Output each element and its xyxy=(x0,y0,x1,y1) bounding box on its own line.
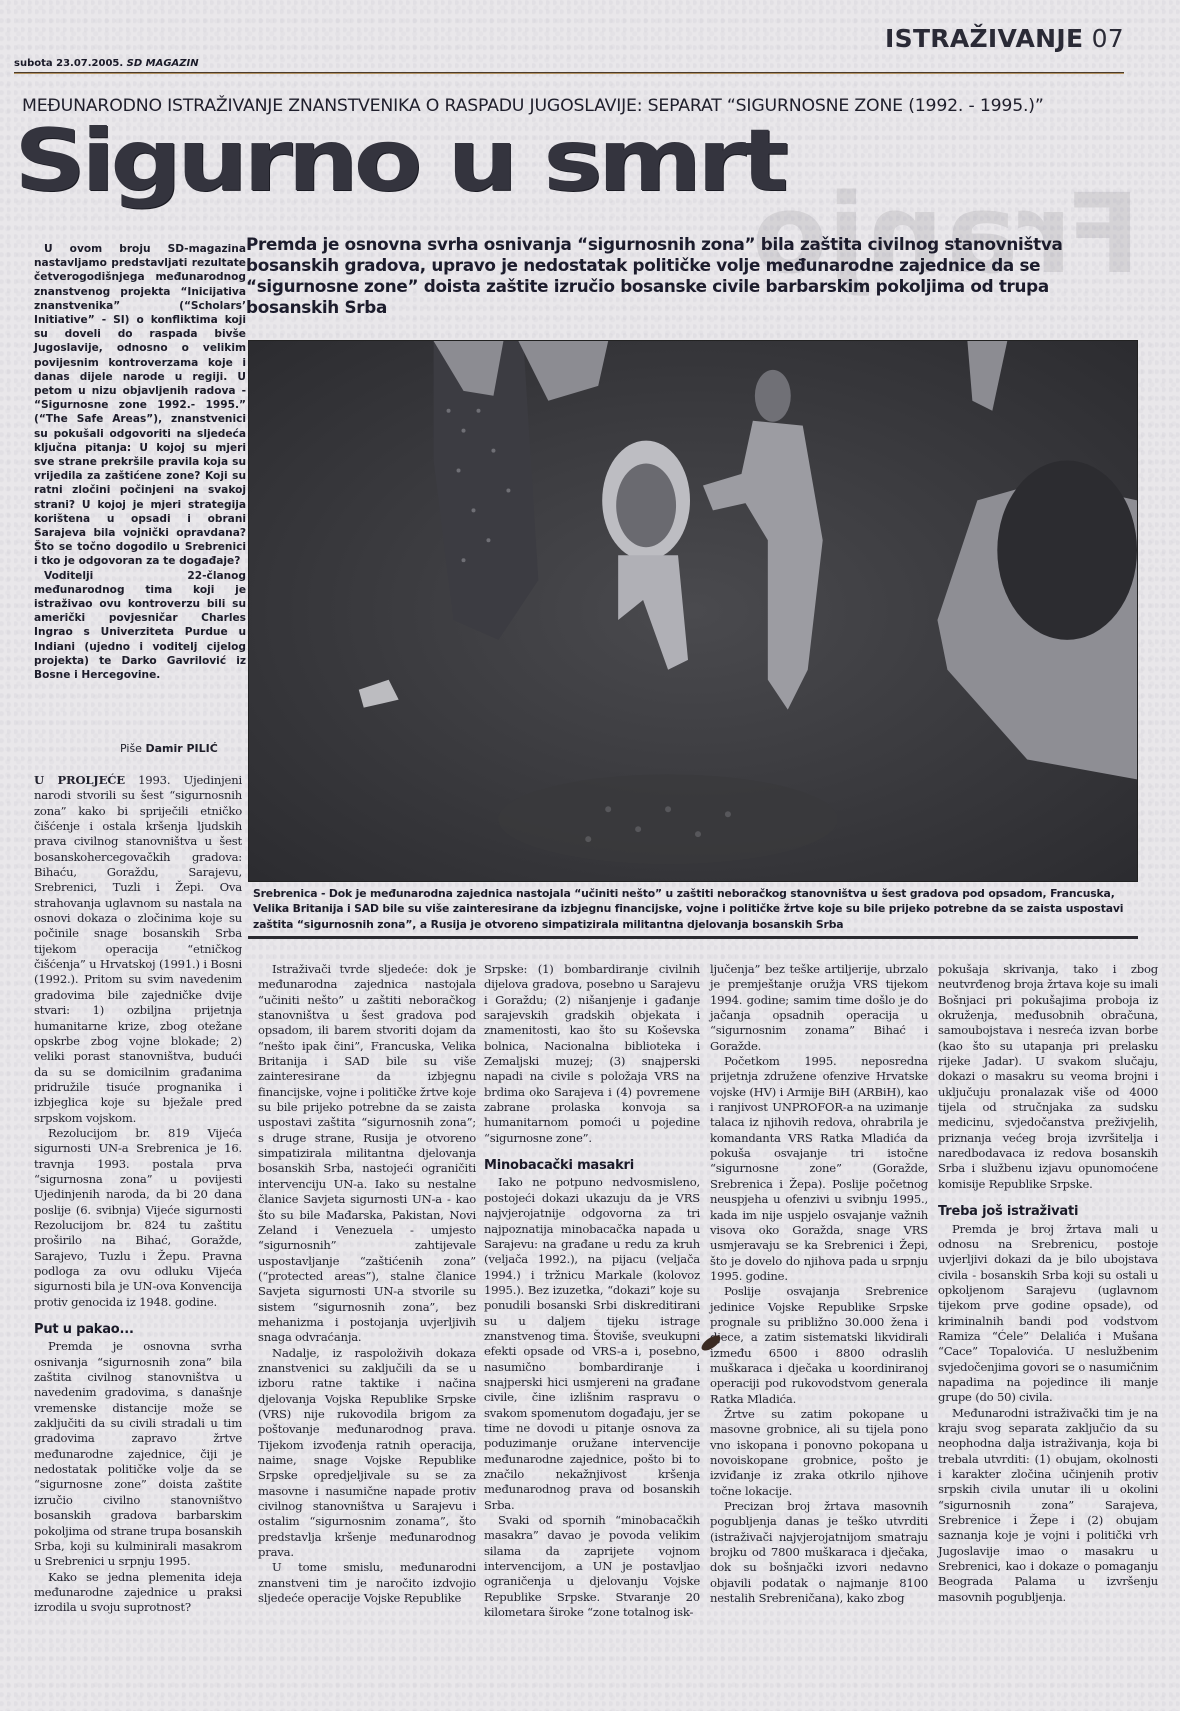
byline-author: Damir PILIĆ xyxy=(145,742,217,755)
body-column-1: U PROLJEĆE 1993. Ujedinjeni narodi stvor… xyxy=(34,773,242,1616)
body-paragraph: Istraživači tvrde sljedeće: dok je međun… xyxy=(258,962,476,1346)
body-column-2: Istraživači tvrde sljedeće: dok je međun… xyxy=(258,962,476,1606)
body-paragraph: Premda je broj žrtava mali u odnosu na S… xyxy=(938,1222,1158,1406)
body-paragraph: U tome smislu, međunarodni znanstveni ti… xyxy=(258,1560,476,1606)
article-lead: Premda je osnovna svrha osnivanja “sigur… xyxy=(246,234,1116,318)
body-paragraph: Početkom 1995. neposredna prijetnja zdru… xyxy=(710,1054,928,1284)
body-paragraph: Precizan broj žrtava masovnih pogubljenj… xyxy=(710,1499,928,1606)
body-paragraph: Poslije osvajanja Srebrenice jedinice Vo… xyxy=(710,1284,928,1407)
date-line: subota 23.07.2005. SD MAGAZIN xyxy=(14,58,199,69)
article-intro: U ovom broju SD-magazina nastavljamo pre… xyxy=(34,242,246,682)
section-name: ISTRAŽIVANJE xyxy=(885,24,1083,53)
body-paragraph: Međunarodni istraživački tim je na kraju… xyxy=(938,1406,1158,1605)
byline: Piše Damir PILIĆ xyxy=(120,742,218,755)
section-heading: ISTRAŽIVANJE 07 xyxy=(885,24,1124,53)
body-paragraph: Iako ne potpuno nedvosmisleno, postojeći… xyxy=(484,1175,700,1513)
magazine-name: SD MAGAZIN xyxy=(127,58,199,69)
byline-prefix: Piše xyxy=(120,742,142,755)
body-paragraph: pokušaja skrivanja, tako i zbog neutvrđe… xyxy=(938,962,1158,1192)
lede-caps: U PROLJEĆE xyxy=(34,773,125,787)
body-paragraph: U PROLJEĆE 1993. Ujedinjeni narodi stvor… xyxy=(34,773,242,1126)
photo-caption: Srebrenica - Dok je međunarodna zajednic… xyxy=(253,886,1133,932)
intro-paragraph: U ovom broju SD-magazina nastavljamo pre… xyxy=(34,242,246,569)
intro-paragraph: Voditelji 22-članog međunarodnog tima ko… xyxy=(34,569,246,683)
body-paragraph: Svaki od spornih “minobacačkih masakra” … xyxy=(484,1513,700,1620)
body-paragraph: ljučenja” bez teške artiljerije, ubrzalo… xyxy=(710,962,928,1054)
article-title: Sigurno u smrt xyxy=(14,118,784,204)
caption-rule xyxy=(248,936,1138,939)
body-paragraph: Rezolucijom br. 819 Vijeća sigurnosti UN… xyxy=(34,1126,242,1310)
body-paragraph: Nadalje, iz raspoloživih dokaza znanstve… xyxy=(258,1346,476,1561)
subheading: Minobacački masakri xyxy=(484,1158,700,1173)
photo-image xyxy=(249,341,1137,881)
body-column-4: ljučenja” bez teške artiljerije, ubrzalo… xyxy=(710,962,928,1606)
subheading: Treba još istraživati xyxy=(938,1204,1158,1219)
body-paragraph: Kako se jedna plemenita ideja međunarodn… xyxy=(34,1570,242,1616)
body-column-5: pokušaja skrivanja, tako i zbog neutvrđe… xyxy=(938,962,1158,1605)
publication-date: subota 23.07.2005. xyxy=(14,58,123,69)
header-rule xyxy=(14,72,1124,74)
subheading: Put u pakao... xyxy=(34,1322,242,1337)
body-paragraph: Srpske: (1) bombardiranje civilnih dijel… xyxy=(484,962,700,1146)
page-number: 07 xyxy=(1092,24,1124,53)
body-paragraph: Premda je osnovna svrha osnivanja “sigur… xyxy=(34,1339,242,1569)
article-photo xyxy=(248,340,1138,882)
body-column-3: Srpske: (1) bombardiranje civilnih dijel… xyxy=(484,962,700,1620)
body-paragraph: Žrtve su zatim pokopane u masovne grobni… xyxy=(710,1407,928,1499)
